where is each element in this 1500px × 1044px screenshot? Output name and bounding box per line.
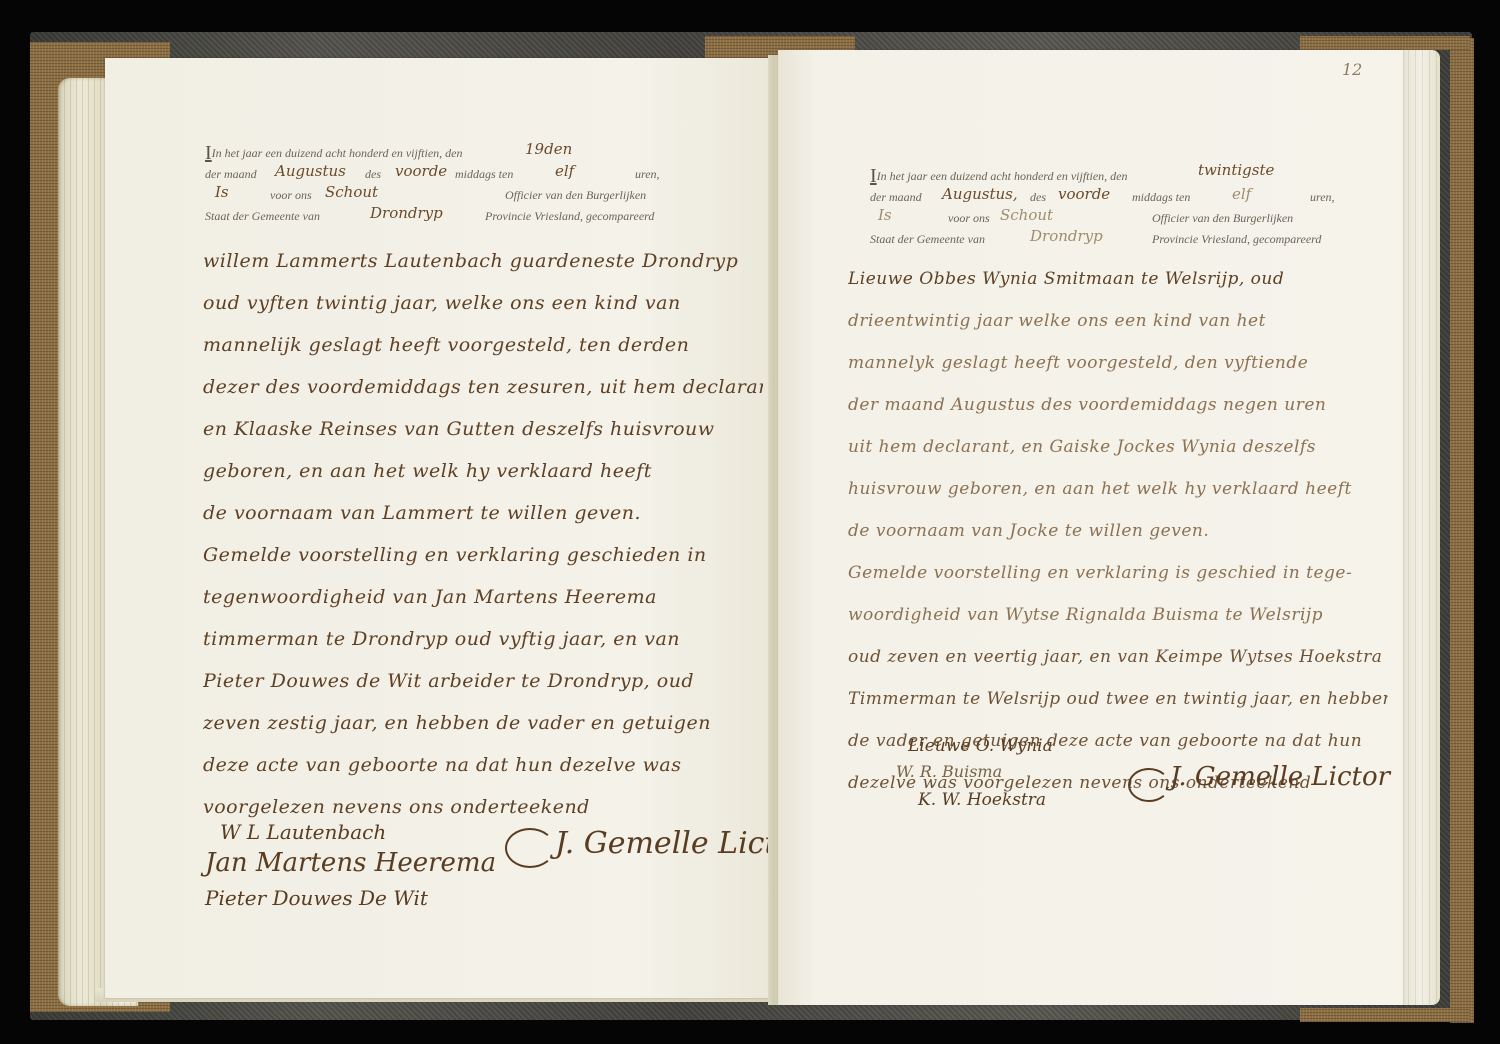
folio-number: 12 — [1342, 60, 1362, 79]
right-printed-form: IIn het jaar een duizend acht honderd en… — [870, 166, 1350, 250]
form-label-hour: middags ten — [1132, 187, 1190, 208]
form-label-uren: uren, — [1310, 187, 1335, 208]
record-line: de voornaam van Lammert te willen geven. — [203, 492, 763, 534]
record-line: uit hem declarant, en Gaiske Jockes Wyni… — [848, 426, 1388, 468]
form-label-uren: uren, — [635, 164, 660, 185]
form-label-voor-ons: voor ons — [948, 208, 990, 229]
signature-witness-1: W. R. Buisma — [896, 762, 1002, 781]
form-line1: In het jaar een duizend acht honderd en … — [212, 146, 463, 160]
record-line: Gemelde voorstelling en verklaring gesch… — [203, 534, 763, 576]
cloth-corner-top-right — [1300, 36, 1470, 50]
form-label-officier: Officier van den Burgerlijken — [505, 185, 646, 206]
signature-official: J. Gemelle Lictor — [1170, 762, 1390, 792]
drop-initial: I — [205, 142, 212, 164]
right-page: 12 IIn het jaar een duizend acht honderd… — [778, 50, 1403, 1005]
form-official-title: Schout — [325, 182, 378, 203]
form-month: Augustus — [275, 161, 346, 182]
record-line: der maand Augustus des voordemiddags neg… — [848, 384, 1388, 426]
record-line: zeven zestig jaar, en hebben de vader en… — [203, 702, 763, 744]
signature-witness-2: K. W. Hoekstra — [918, 790, 1046, 810]
record-line: woordigheid van Wytse Rignalda Buisma te… — [848, 594, 1388, 636]
form-part-of-day: voorde — [395, 161, 447, 182]
drop-initial: I — [870, 165, 877, 187]
form-label-hour: middags ten — [455, 164, 513, 185]
record-line: huisvrouw geboren, en aan het welk hy ve… — [848, 468, 1388, 510]
signature-father: Lieuwe O. Wynia — [908, 736, 1053, 756]
form-hour: elf — [1232, 184, 1251, 205]
form-label-gemeente: Staat der Gemeente van — [205, 209, 320, 223]
record-line: Lieuwe Obbes Wynia Smitmaan te Welsrijp,… — [848, 258, 1388, 300]
form-day: twintigste — [1198, 160, 1274, 181]
cloth-binding-right — [1450, 38, 1474, 1023]
form-day: 19den — [525, 139, 572, 160]
form-part-of-day: voorde — [1058, 184, 1110, 205]
record-line: mannelyk geslagt heeft voorgesteld, den … — [848, 342, 1388, 384]
signature-witness-2: Pieter Douwes De Wit — [205, 886, 428, 910]
form-hour: elf — [555, 161, 574, 182]
right-record-body: Lieuwe Obbes Wynia Smitmaan te Welsrijp,… — [848, 258, 1388, 804]
form-label-voor-ons: voor ons — [270, 185, 312, 206]
record-line: drieentwintig jaar welke ons een kind va… — [848, 300, 1388, 342]
record-line: tegenwoordigheid van Jan Martens Heerema — [203, 576, 763, 618]
record-line: Timmerman te Welsrijp oud twee en twinti… — [848, 678, 1388, 720]
form-label-provincie: Provincie Vriesland, gecompareerd — [485, 206, 654, 227]
record-line: dezer des voordemiddags ten zesuren, uit… — [203, 366, 763, 408]
record-line: en Klaaske Reinses van Gutten deszelfs h… — [203, 408, 763, 450]
left-page: IIn het jaar een duizend acht honderd en… — [105, 58, 770, 998]
record-line: Gemelde voorstelling en verklaring is ge… — [848, 552, 1388, 594]
form-label-provincie: Provincie Vriesland, gecompareerd — [1152, 229, 1321, 250]
record-line: oud vyften twintig jaar, welke ons een k… — [203, 282, 763, 324]
form-label-month: der maand — [205, 167, 257, 181]
form-label-month: der maand — [870, 190, 922, 204]
form-is: Is — [215, 182, 229, 203]
form-is: Is — [878, 205, 892, 226]
form-municipality: Drondryp — [370, 203, 443, 224]
record-line: mannelijk geslagt heeft voorgesteld, ten… — [203, 324, 763, 366]
record-line: Pieter Douwes de Wit arbeider te Drondry… — [203, 660, 763, 702]
form-municipality: Drondryp — [1030, 226, 1103, 247]
record-line: oud zeven en veertig jaar, en van Keimpe… — [848, 636, 1388, 678]
form-label-gemeente: Staat der Gemeente van — [870, 232, 985, 246]
signature-flourish — [505, 828, 555, 868]
record-line: willem Lammerts Lautenbach guardeneste D… — [203, 240, 763, 282]
cloth-corner-bottom-right — [1300, 1008, 1470, 1022]
signature-flourish — [1128, 768, 1170, 802]
record-line: geboren, en aan het welk hy verklaard he… — [203, 450, 763, 492]
signature-witness-1: Jan Martens Heerema — [205, 848, 496, 878]
form-official-title: Schout — [1000, 205, 1053, 226]
left-printed-form: IIn het jaar een duizend acht honderd en… — [205, 143, 765, 227]
left-record-body: willem Lammerts Lautenbach guardeneste D… — [203, 240, 763, 828]
form-month: Augustus, — [942, 184, 1018, 205]
record-line: timmerman te Drondryp oud vyftig jaar, e… — [203, 618, 763, 660]
form-label-officier: Officier van den Burgerlijken — [1152, 208, 1293, 229]
signature-father: W L Lautenbach — [220, 820, 386, 844]
record-line: de voornaam van Jocke te willen geven. — [848, 510, 1388, 552]
form-line1: In het jaar een duizend acht honderd en … — [877, 169, 1128, 183]
record-line: deze acte van geboorte na dat hun dezelv… — [203, 744, 763, 786]
